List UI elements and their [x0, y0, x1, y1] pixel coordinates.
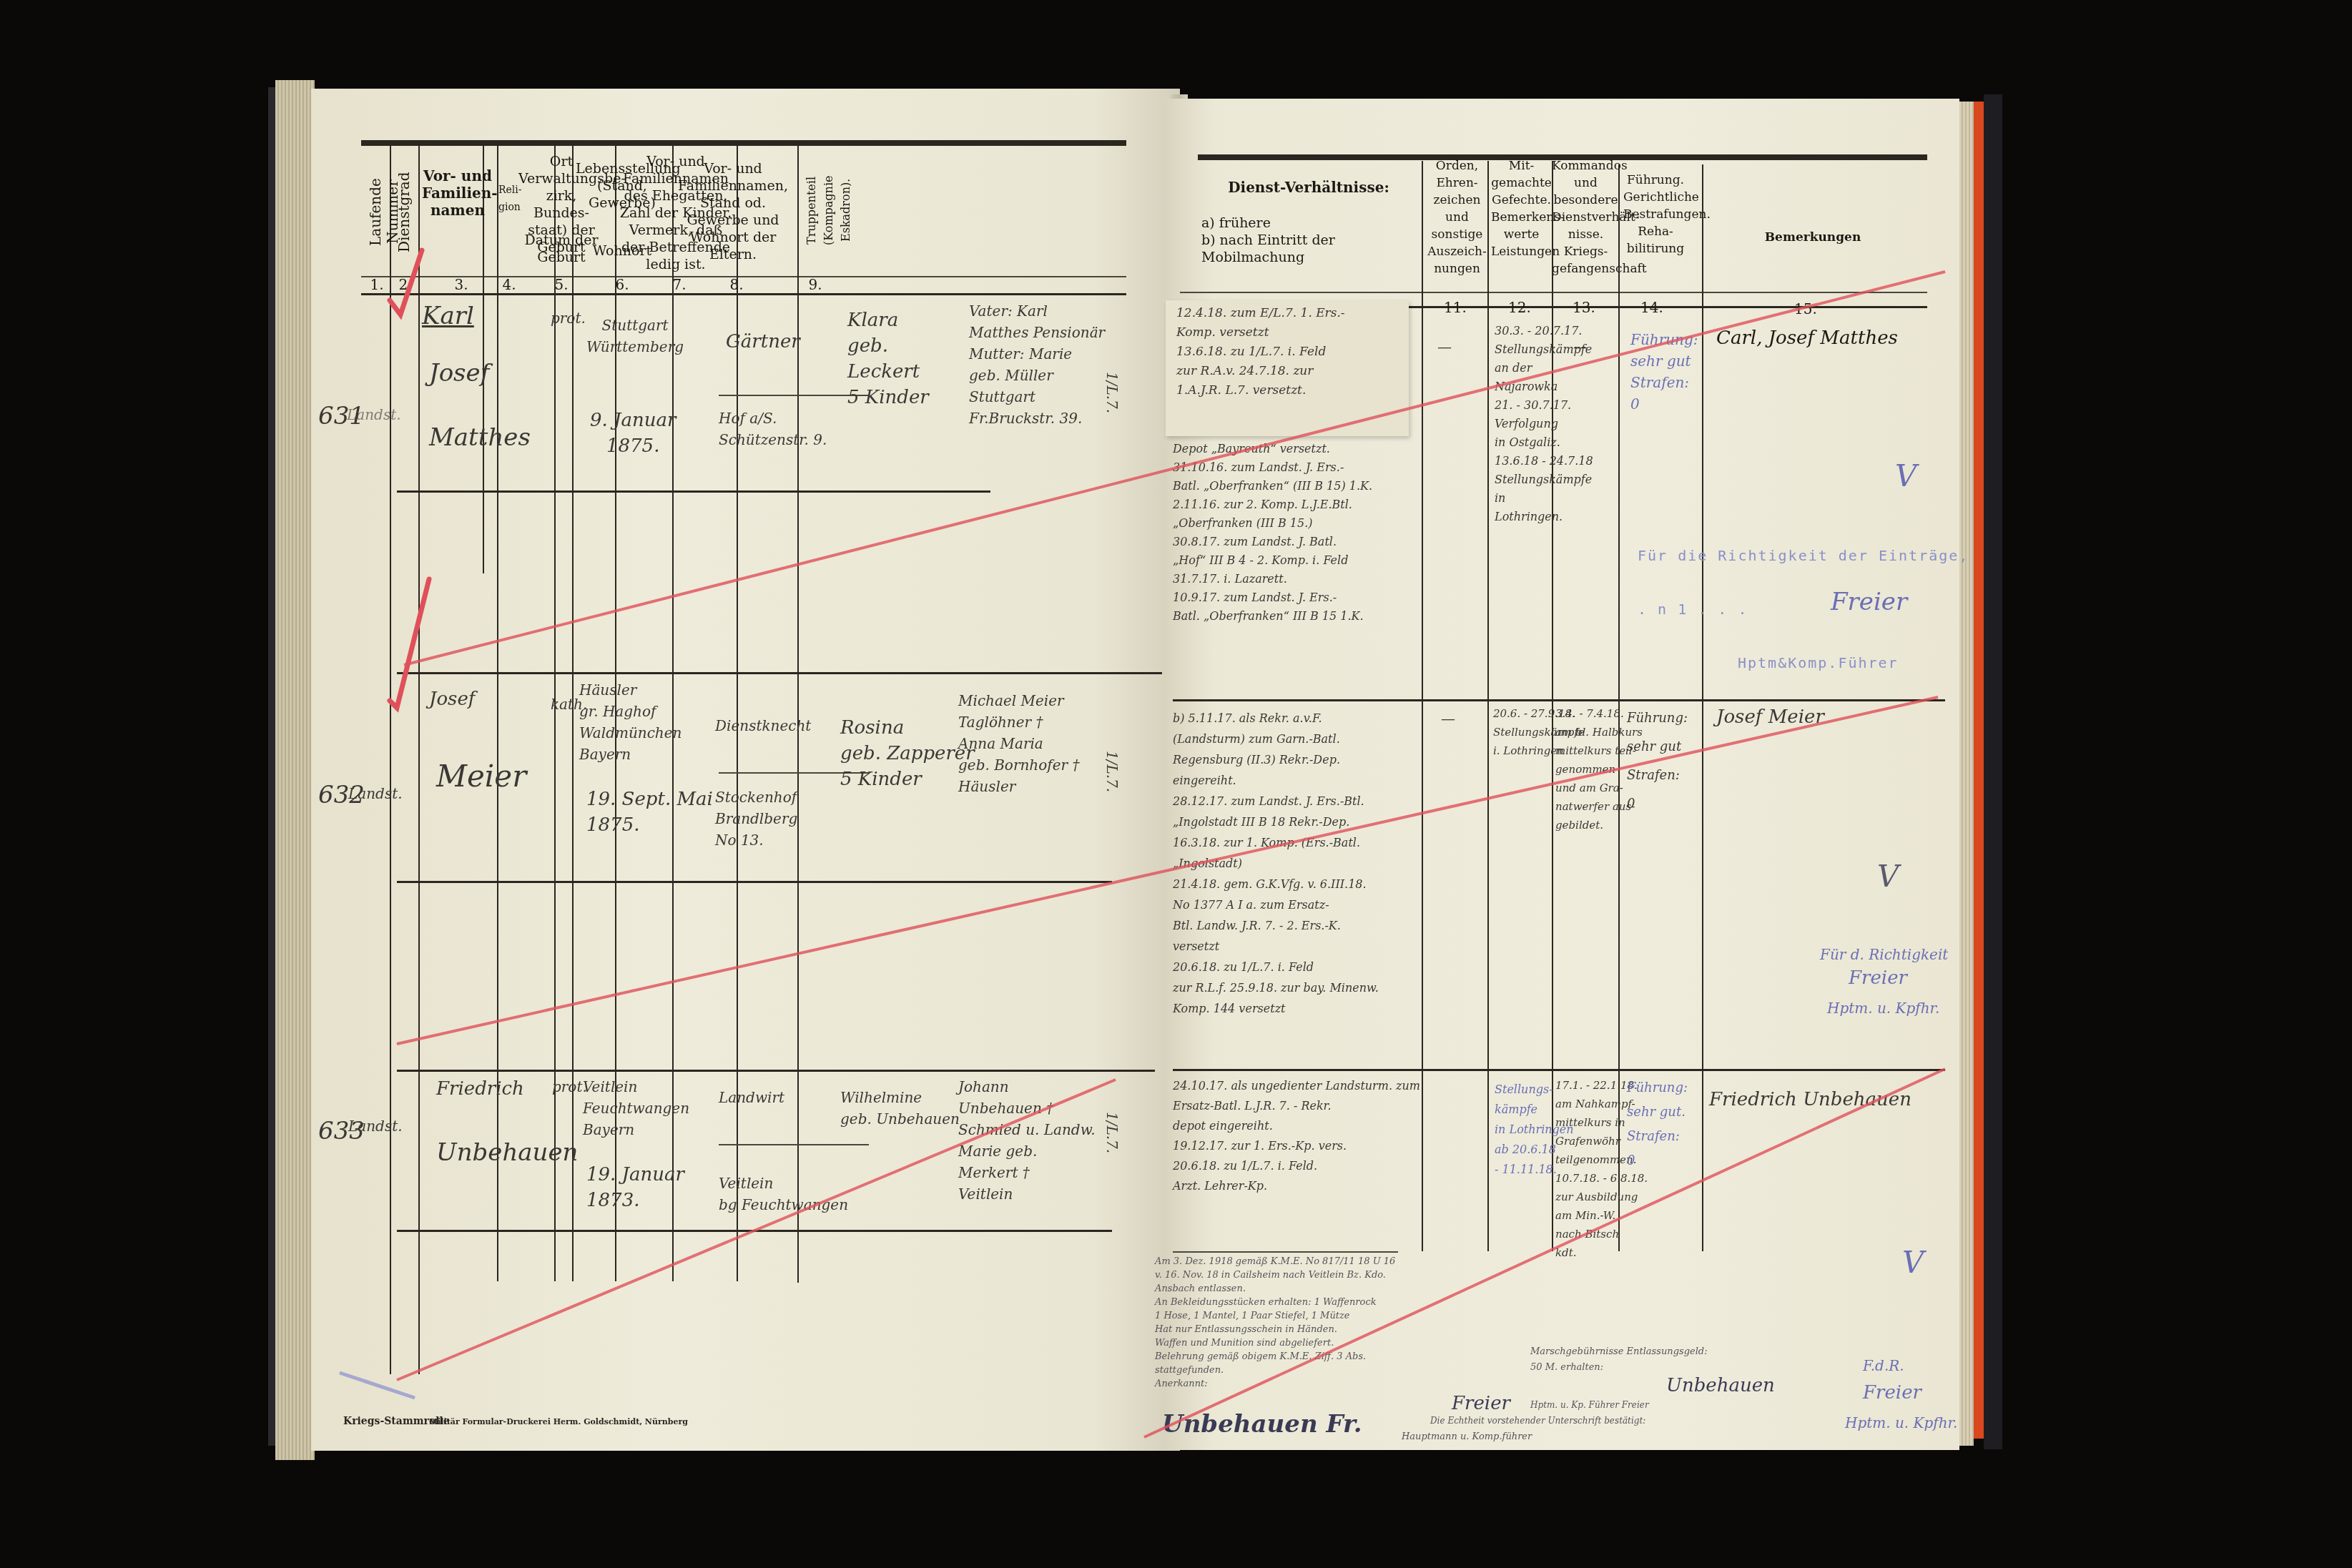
colnum: 1. [363, 276, 391, 293]
entry-631-conduct: Führung: sehr gut Strafen: 0 [1630, 329, 1698, 415]
entry-632-remarks: Josef Meier [1716, 704, 1824, 730]
entry-633-stamp-signature: Freier [1863, 1380, 1922, 1406]
col-divider [497, 144, 498, 1281]
row-divider [397, 881, 1112, 883]
entry-632-birth-date: 19. Sept. Mai 1875. [586, 787, 713, 838]
header-dienst-sub: a) frühere b) nach Eintritt der Mobilmac… [1201, 215, 1416, 266]
header-truppenteil: Truppenteil (Kompagnie Eskadron). [803, 149, 832, 271]
row-divider [397, 672, 1162, 674]
entry-633-check-mark: V [1902, 1244, 1924, 1281]
entry-631-decorations: — [1437, 336, 1452, 358]
entry-633-stamp-title: Hptm. u. Kpfhr. [1845, 1412, 1957, 1434]
entry-632-stamp-title: Hptm. u. Kpfhr. [1827, 997, 1939, 1019]
colnum: 9. [801, 276, 830, 293]
entry-633-remarks: Friedrich Unbehauen [1709, 1087, 1911, 1113]
entry-631-service: Depot „Bayreuth“ versetzt. 31.10.16. zum… [1173, 440, 1372, 626]
colnum: 15. [1716, 300, 1895, 317]
header-dienstgrad: Dienstgrad [395, 153, 415, 271]
col-divider [737, 144, 738, 1281]
entry-631-rank: Landst. [347, 404, 401, 425]
verification-signature: Freier [1831, 586, 1907, 618]
entry-631-parents: Vater: Karl Matthes Pensionär Mutter: Ma… [969, 300, 1105, 429]
entry-631-middle-name: Josef [429, 358, 489, 389]
entry-633-religion: prot. [552, 1076, 587, 1098]
colnum-divider [361, 293, 1126, 295]
entry-632-parents: Michael Meier Taglöhner † Anna Maria geb… [958, 690, 1079, 797]
header-top-rule [361, 140, 1126, 146]
row-divider [1173, 1069, 1945, 1071]
entry-631-first-name: Karl [422, 300, 474, 332]
entry-633-birth-date: 19. Januar 1873. [586, 1162, 684, 1213]
entry-631-remarks: Carl, Josef Matthes [1716, 325, 1898, 351]
entry-631-last-name: Matthes [429, 422, 531, 453]
entry-632-unit: 1/L.7. [1101, 751, 1123, 792]
entry-632-rank: Landst. [348, 783, 403, 804]
entry-631-commands: — [1573, 336, 1588, 358]
header-parents: Vor- und Familiennamen, Stand od. Gewerb… [676, 160, 790, 263]
header-religion: Reli-gion [498, 182, 516, 216]
col-divider [418, 144, 420, 1374]
entry-631-birth-date: 9. Januar 1875. [590, 408, 676, 459]
colnum: 14. [1620, 299, 1684, 316]
header-dienst: Dienst-Verhältnisse: [1194, 179, 1423, 196]
entry-633-parents: Johann Unbehauen † Schmied u. Landw. Mar… [958, 1076, 1096, 1205]
entry-632-stamp-text: Für d. Richtigkeit [1820, 944, 1948, 965]
entry-633-residence: Veitlein bg Feuchtwangen [719, 1173, 848, 1216]
entry-631-unit: 1/L.7. [1101, 372, 1123, 413]
colnum: 4. [498, 276, 520, 293]
entry-633-spouse: Wilhelmine geb. Unbehauen [840, 1087, 960, 1130]
col-divider [1487, 161, 1489, 1251]
entry-633-last-name: Unbehauen [436, 1137, 579, 1168]
entry-631-religion: prot. [551, 307, 586, 329]
cell-divider [719, 395, 869, 396]
row-divider [397, 1230, 1112, 1232]
entry-631-check-mark: V [1895, 458, 1916, 495]
entry-632-decorations: — [1441, 708, 1455, 729]
row-divider [1173, 699, 1945, 701]
row-divider [1173, 1251, 1398, 1253]
entry-633-discharge-signature: Unbehauen Fr. [1162, 1409, 1362, 1440]
col-divider [797, 146, 799, 1283]
entry-631-occupation: Gärtner [726, 329, 800, 355]
entry-632-check-mark: V [1877, 858, 1899, 895]
entry-631-service-slip: 12.4.18. zum E/L.7. 1. Ers.- Komp. verse… [1176, 304, 1345, 400]
header-name: Vor- und Familien-namen [422, 167, 493, 219]
header-fuehrung: Führung. Gerichtliche Bestrafungen. Reha… [1623, 172, 1688, 257]
entry-632-occupation: Dienstknecht [715, 715, 811, 736]
entry-632-service: b) 5.11.17. als Rekr. a.v.F. (Landsturm)… [1173, 708, 1379, 1019]
entry-633-rank: Landst. [348, 1115, 403, 1137]
colnum: 12. [1487, 299, 1552, 316]
colnum: 3. [429, 276, 493, 293]
page-edges-left [275, 80, 315, 1460]
entry-631-birthplace: Stuttgart Württemberg [586, 315, 684, 358]
entry-631-residence: Hof a/S. Schützenstr. 9. [719, 408, 827, 450]
entry-632-first-name: Josef [429, 686, 475, 712]
verification-stamp-title: Hptm&Komp.Führer [1738, 654, 1899, 671]
entry-632-stamp-signature: Freier [1849, 965, 1907, 991]
entry-633-conduct: Führung: sehr gut. Strafen: 0 [1627, 1076, 1688, 1173]
ledger-book: Laufende Nummer Dienstgrad Vor- und Fami… [268, 80, 2034, 1460]
colnum: 2. [391, 276, 420, 293]
col-divider [1422, 161, 1423, 1251]
signature-confirmation: Die Echtheit vorstehender Unterschrift b… [1430, 1410, 1645, 1431]
entry-633-service: 24.10.17. als ungedienter Landsturm. zum… [1173, 1076, 1420, 1196]
book-edge-orange [1974, 102, 1984, 1439]
entry-633-stamp-text: F.d.R. [1863, 1355, 1904, 1376]
page-edges-right [1959, 102, 1974, 1446]
header-kommandos: Kommandos und besondere Dienstverhält-ni… [1552, 157, 1620, 277]
col-divider [390, 144, 391, 1374]
verification-stamp-line2: . n 1 . . . [1638, 601, 1748, 618]
printer-imprint: Militär Formular-Druckerei Herm. Goldsch… [429, 1417, 688, 1426]
entry-632-last-name: Meier [436, 758, 526, 795]
entry-632-birthplace: Häusler gr. Haghof Waldmünchen Bayern [579, 679, 682, 765]
allowance-signature: Unbehauen [1666, 1373, 1775, 1399]
colnum: 11. [1423, 299, 1487, 316]
row-divider [397, 1070, 1155, 1072]
col-divider [1702, 164, 1703, 1251]
colnum: 13. [1552, 299, 1616, 316]
cell-divider [719, 1144, 869, 1145]
header-orden: Orden, Ehren-zeichen und sonstige Auszei… [1427, 157, 1487, 277]
entry-632-residence: Stockenhof Brandlberg No 13. [715, 787, 797, 851]
entry-633-birthplace: Veitlein Feuchtwangen Bayern [583, 1076, 689, 1140]
entry-633-unit: 1/L.7. [1101, 1112, 1123, 1153]
header-bemerkungen: Bemerkungen [1731, 229, 1895, 246]
header-divider [1180, 292, 1927, 293]
entry-632-spouse: Rosina geb. Zapperer 5 Kinder [840, 715, 975, 792]
row-divider [397, 490, 990, 493]
book-cover-right [1984, 94, 2002, 1449]
header-gefechte: Mit-gemachte Gefechte. Bemerkens-werte L… [1491, 157, 1552, 260]
entry-633-first-name: Friedrich [436, 1076, 524, 1102]
verification-stamp-line1: Für die Richtigkeit der Einträge, [1638, 547, 1969, 564]
entry-633-occupation: Landwirt [719, 1087, 784, 1108]
header-laufende-nummer: Laufende Nummer [367, 153, 387, 271]
colnum: 8. [683, 276, 790, 293]
entry-633-discharge-note: Am 3. Dez. 1918 gemäß K.M.E. No 817/11 1… [1155, 1255, 1395, 1391]
allowance-note: Marschgebührnisse Entlassungsgeld: 50 M.… [1530, 1344, 1708, 1376]
entry-631-spouse: Klara geb. Leckert 5 Kinder [847, 307, 929, 410]
entry-632-conduct: Führung: sehr gut Strafen: 0 [1627, 704, 1688, 819]
